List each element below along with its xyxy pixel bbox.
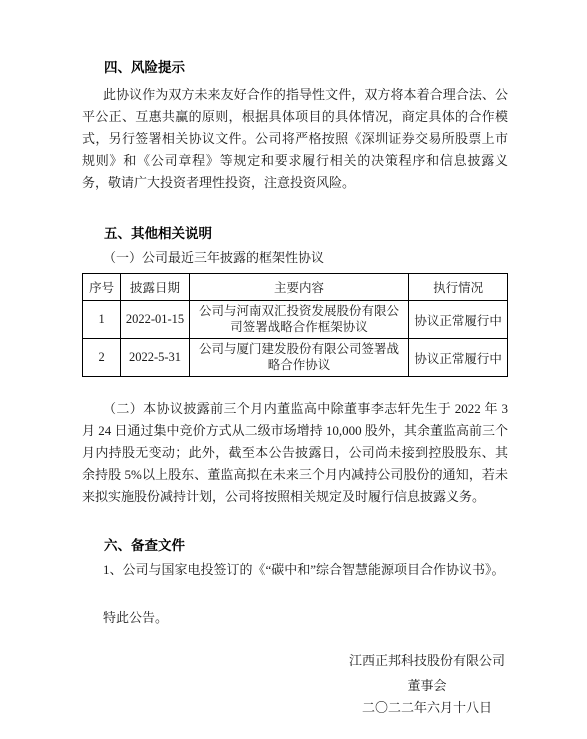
cell-content: 公司与厦门建发股份有限公司签署战略合作协议 [189,339,409,377]
cell-no: 1 [83,301,121,339]
table-row: 1 2022-01-15 公司与河南双汇投资发展股份有限公司签署战略合作框架协议… [83,301,508,339]
framework-agreements-table: 序号 披露日期 主要内容 执行情况 1 2022-01-15 公司与河南双汇投资… [82,273,508,377]
docs-item: 1、公司与国家电投签订的《“碳中和”综合智慧能源项目合作协议书》。 [82,559,508,581]
table-header-date: 披露日期 [121,274,189,301]
section-docs-heading: 六、备查文件 [104,538,508,554]
table-header-content: 主要内容 [189,274,409,301]
cell-content: 公司与河南双汇投资发展股份有限公司签署战略合作框架协议 [189,301,409,339]
closing-statement: 特此公告。 [82,607,508,629]
signature-board: 董事会 [346,678,508,694]
signature-date: 二〇二二年六月十八日 [346,700,508,716]
sub1-title: （一）公司最近三年披露的框架性协议 [82,247,508,269]
table-row: 2 2022-5-31 公司与厦门建发股份有限公司签署战略合作协议 协议正常履行… [83,339,508,377]
cell-status: 协议正常履行中 [409,301,508,339]
cell-date: 2022-01-15 [121,301,189,339]
table-header-status: 执行情况 [409,274,508,301]
signature-block: 江西正邦科技股份有限公司 董事会 二〇二二年六月十八日 [346,653,508,716]
announcement-page: 四、风险提示 此协议作为双方未来友好合作的指导性文件，双方将本着合理合法、公平公… [0,0,587,739]
cell-status: 协议正常履行中 [409,339,508,377]
sub2-body: （二）本协议披露前三个月内董监高中除董事李志轩先生于 2022 年 3 月 24… [82,398,508,508]
section-other-heading: 五、其他相关说明 [104,226,508,242]
document-content: 四、风险提示 此协议作为双方未来友好合作的指导性文件，双方将本着合理合法、公平公… [82,0,508,716]
section-risk-body: 此协议作为双方未来友好合作的指导性文件，双方将本着合理合法、公平公正、互惠共赢的… [82,84,508,194]
table-header-row: 序号 披露日期 主要内容 执行情况 [83,274,508,301]
cell-date: 2022-5-31 [121,339,189,377]
table-header-no: 序号 [83,274,121,301]
cell-no: 2 [83,339,121,377]
section-risk-heading: 四、风险提示 [104,60,508,76]
signature-company: 江西正邦科技股份有限公司 [346,653,508,669]
